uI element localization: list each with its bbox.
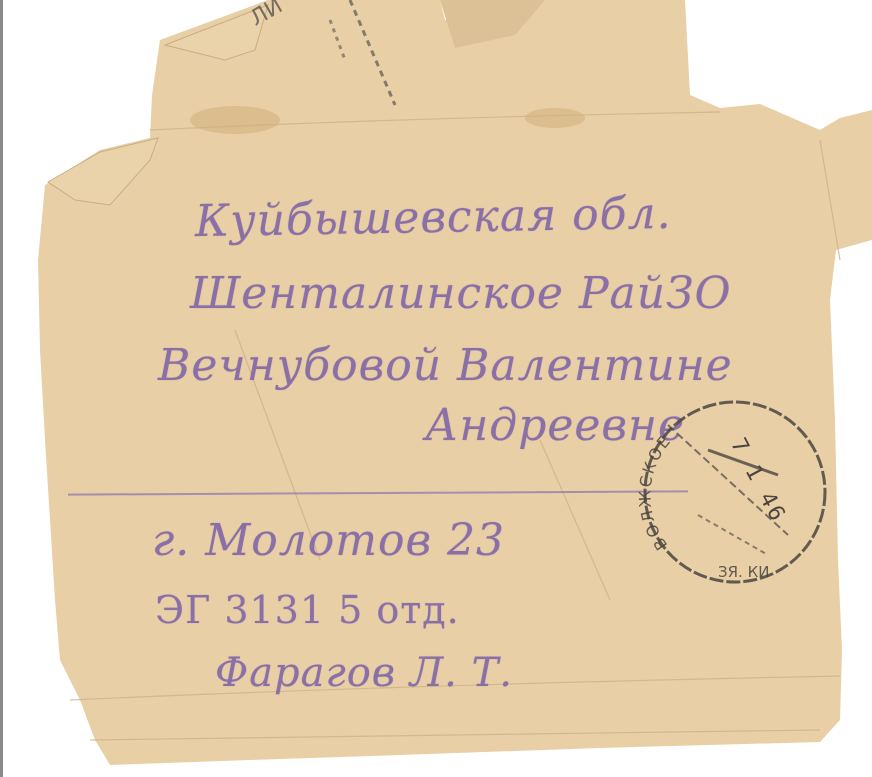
sender-name: Фарагов Л. Т.: [215, 650, 513, 696]
postmark-stamp: ВОЛЖСКОЕ ЗЯ. КИ: [638, 395, 833, 590]
sender-unit: ЭГ 3131 5 отд.: [155, 588, 460, 632]
postmark-bottom-text: ЗЯ. КИ: [718, 563, 769, 581]
recipient-district: Шенталинское РайЗО: [190, 268, 732, 319]
postmark-ring-text: ВОЛЖСКОЕ: [638, 431, 675, 554]
recipient-region: Куйбышевская обл.: [195, 188, 672, 247]
svg-text:ВОЛЖСКОЕ: ВОЛЖСКОЕ: [638, 431, 675, 554]
sender-city: г. Молотов 23: [152, 515, 505, 566]
recipient-name: Вечнубовой Валентине: [158, 340, 733, 391]
